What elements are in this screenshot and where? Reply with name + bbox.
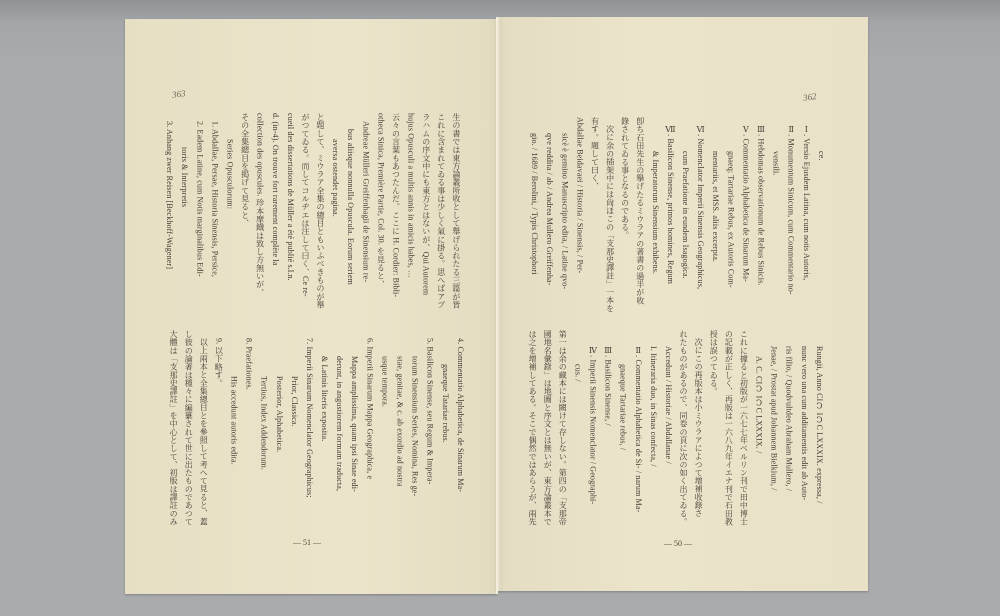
text-column: 國地名彙錄」は地圖と序文とは無いが、東方論叢本で [540, 330, 555, 530]
title-transcription: qve reddita / ab / Andrea Mullero Greiff… [542, 117, 557, 307]
title-transcription: gio. / 1689 / Berolini, / Typis Christop… [527, 117, 542, 307]
list-item: Ⅱ. Monumentum Sinicum, cum Commentario n… [784, 117, 799, 307]
text-column: と題して、ミウラア全集の總目ともいふべきものが舉 [313, 113, 328, 308]
list-item: Ⅰ. Versio Ejusdem Latina, cum notis Auto… [799, 117, 814, 307]
text-column: 卽ち石田先生の擧げたるミウラアの著書の過半が收 [633, 117, 648, 307]
list-item-continuation: cus. / [570, 330, 585, 530]
list-subitem: Prior, Classica. [287, 330, 302, 535]
text-column: し彼の論著は種々に編纂されて世に出たものであつて [181, 330, 196, 535]
title-transcription: nunc vero una cum additamentis edit ab A… [797, 330, 812, 530]
list-item-continuation: derunt, in angustiorem formam traducta, [332, 330, 347, 535]
title-transcription: Jenae, / Prostat apud Johannem Bielkium,… [767, 330, 782, 530]
list-item-continuation: mentariis, et MSS. aliis excerpta. [708, 117, 723, 307]
title-transcription: Abdallae Beidavaei / Historia / Sinensis… [572, 117, 587, 307]
list-item-continuation: toris & Interpretis [177, 113, 192, 308]
right-page-upper-tier: ce. Ⅰ. Versio Ejusdem Latina, cum notis … [527, 117, 829, 307]
text-column: cueil des dissertations de Müller a été … [283, 113, 298, 308]
text-column: 云々の言葉もあつたんだ。ここに H. Cordier: Bibli- [388, 113, 403, 308]
list-subitem: His accedunt autoris edita. [226, 330, 241, 535]
left-page-upper-tier: 生の書では東方論叢所收として舉げられたる三篇が皆 これに含まれてゐる事は少しく氣… [162, 113, 464, 308]
text-column: ラハムの序文中にも東方とはないが、Qui Autorem [419, 113, 434, 308]
list-item-continuation: ce. [814, 117, 829, 307]
list-item-continuation: usque tempora. [377, 330, 392, 535]
list-item: 5. Basilicon Sinense, seu Regum & Impera… [423, 330, 438, 535]
list-item-continuation: Mappa amplissima, quam ipsi Sinae edi- [347, 330, 362, 535]
text-column: その全集總目を掲げて見ると、 [237, 113, 252, 308]
title-transcription: A. C. CIↃ IↃC LXXXIX. / [751, 330, 766, 530]
list-item-continuation: gnaeq; Tartariae Rebus, ex Autoris Com- [723, 117, 738, 307]
text-column: 次に余の插架中には尙ほこの「支那史譯註」一本を [602, 117, 617, 307]
list-item: 3. Anhang zwer Reisen [Beckhoff-Wagener] [162, 113, 177, 308]
text-column: がつてゐる。而してコルヂエは注して曰く、Ce re- [298, 113, 313, 308]
text-column: collection des opuscules. 珍本摩鐡は致し方無いが、 [253, 113, 268, 308]
text-column: 生の書では東方論叢所收として舉げられたる三篇が皆 [449, 113, 464, 308]
list-item-continuation: vensili. [769, 117, 784, 307]
text-column: otheca Sinica, Première Partie, Col. 30.… [373, 113, 388, 308]
title-transcription: Rungii, Anno CIↃ IↃC LXXXIX. expressa, / [812, 330, 827, 530]
text-column: 第一は余の藏本には闕けて存しない。第四の「支那帝 [555, 330, 570, 530]
list-item-continuation: cum Praefatione in eundem Isagogica. [678, 117, 693, 307]
text-column: Andreae Mülleri Greiffenhagii de Sinensi… [358, 113, 373, 308]
list-item-continuation: stae, genitae, & c. ab exordio ad nostra [392, 330, 407, 535]
handwritten-page-number-left: 363 [171, 88, 186, 100]
text-column: bus aliisque nonnulla Opuscula. Eorum se… [343, 113, 358, 308]
list-subitem: Tertius, Index Addendorum. [257, 330, 272, 535]
list-item-continuation: torum Sinensium Series, Nomina, Res ge- [408, 330, 423, 535]
text-column: 授は誤つてゐる。 [706, 330, 721, 530]
left-page-lower-tier: 4. Commentatio Alphabetica, de Sinarum M… [166, 330, 468, 535]
list-item: 1. Abdallae, Persae, Historia Sinensis, … [207, 113, 222, 308]
text-column: の記載が正しく、再版は一六八九年イエナ刊で石田教 [721, 330, 736, 530]
list-item: Ⅱ. Commentatio Alphabetica de Si- / naru… [631, 330, 646, 530]
title-transcription: Accedunt / Historiae / Abdallanae / [661, 330, 676, 530]
list-item-continuation: & Imperatorum Sinensium exhibens. [648, 117, 663, 307]
list-item: Ⅲ. Basilicon Sinense, / [600, 330, 615, 530]
list-item: 4. Commentatio Alphabetica, de Sinarum M… [453, 330, 468, 535]
text-column: d. (in-4). On trouve fort rarement compl… [268, 113, 283, 308]
text-column: aversa ostendet pagina. [328, 113, 343, 308]
printed-page-number-left: — 51 — [293, 538, 321, 547]
title-transcription: ris filio, / Quodvultdeo Abraham Mullero… [782, 330, 797, 530]
list-item-continuation: gnaeque Tartariae rebus, / [616, 330, 631, 530]
text-column: これに據ると初版が一六七七年ベルリン刊で田中博士 [736, 330, 751, 530]
series-heading: Series Opusculorum: [222, 113, 237, 308]
list-item-continuation: & Latinis literis exposita. [317, 330, 332, 535]
list-item: 7. Imperii Sinarum Nomenclator Geographi… [302, 330, 317, 535]
list-subitem: Posterior, Alphabetica. [272, 330, 287, 535]
title-transcription: sicè è gemino Manuscripto edita, / Latin… [557, 117, 572, 307]
list-item: 8. Praefationes. [241, 330, 256, 535]
text-column: 有す。題して曰く、 [587, 117, 602, 307]
text-column: hujus Opusculi a multis annis in amicis … [404, 113, 419, 308]
text-column: は之を增補してある。そこで偶然ではあらうが、兩先 [525, 330, 540, 530]
text-column: 以上兩本と全集總目とを參照して考へて見ると、蓋 [196, 330, 211, 535]
book-spine [496, 17, 498, 594]
printed-page-number-right: — 50 — [664, 539, 692, 548]
list-item: I. Itineraria duo, in Sinas confecta, / [646, 330, 661, 530]
text-column: れたものがあるので、同卷の頁に次の如く出てゐる。 [676, 330, 691, 530]
handwritten-page-number-right: 362 [802, 91, 817, 103]
right-page-lower-tier: Rungii, Anno CIↃ IↃC LXXXIX. expressa, /… [525, 330, 827, 530]
list-item-continuation: gnaeque Tatariae rebus. [438, 330, 453, 535]
text-column: 次にこの再版本は小ミウラアによつて增補收錄さ [691, 330, 706, 530]
list-item: Ⅶ. Basilicon Sinense, primos homines, Re… [663, 117, 678, 307]
list-item: 6. Imperii Sinarum Mappa Geographica, e [362, 330, 377, 535]
text-column: これに含まれてゐる事は少しく氣に掛る。思へばアブ [434, 113, 449, 308]
text-column: 錄されてゐる事となるのである。 [618, 117, 633, 307]
list-item: Ⅵ. Nomenclator Imperii Sinensis Geograph… [693, 117, 708, 307]
list-item: Ⅳ. Imperii Sinensis Nomenclator / Geogra… [585, 330, 600, 530]
text-column: 大體は「支那史譯註」を中心として、初版は譯註のみ [166, 330, 181, 535]
list-item: 2. Eadem Latine, cum Notis marginalibus … [192, 113, 207, 308]
list-item: Ⅴ. Commentatio Alphabetica de Sinarum Ma… [738, 117, 753, 307]
list-item: Ⅲ. Hebdomas observationum de Rebus Sinic… [753, 117, 768, 307]
list-item: 9. 以下略す。 [211, 330, 226, 535]
